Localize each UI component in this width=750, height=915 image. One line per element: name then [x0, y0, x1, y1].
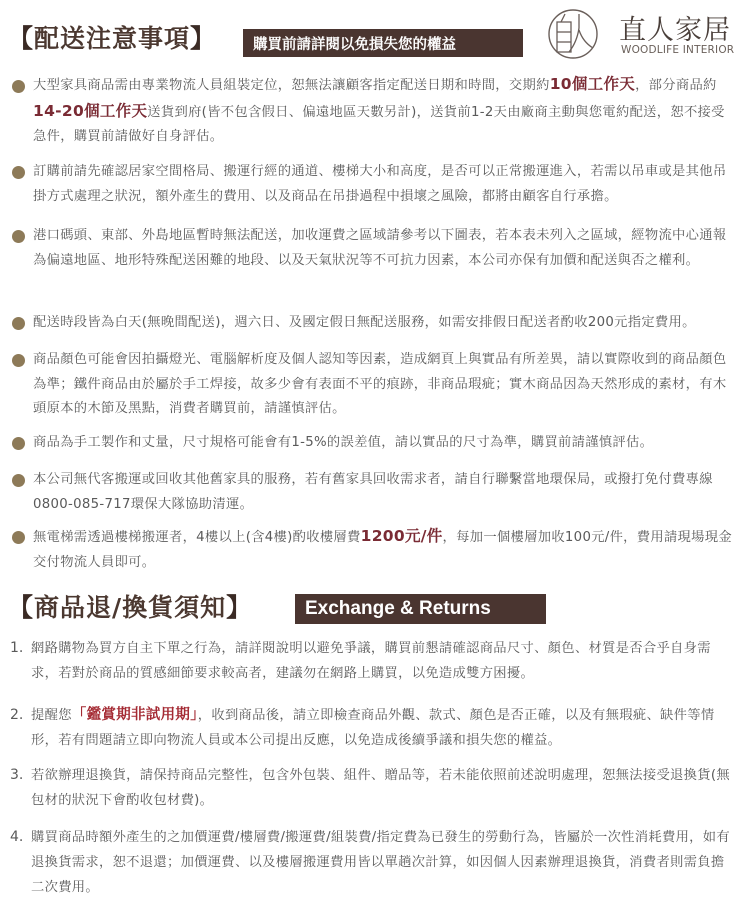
- text-segment: 大型家具商品需由專業物流人員組裝定位，恕無法讓顧客指定配送日期和時間，交期約: [33, 78, 550, 93]
- delivery-item-text: 訂購前請先確認居家空間格局、搬運行經的通道、樓梯大小和高度，是否可以正常搬運進入…: [33, 160, 738, 209]
- returns-section-title: 【商品退/換貨須知】: [8, 593, 252, 623]
- highlight-appreciation-period: 「鑑賞期非試用期」: [72, 707, 198, 723]
- bullet-dot-icon: [12, 80, 25, 93]
- logo-mark-icon: [547, 8, 599, 60]
- delivery-banner-text: 購買前請詳閱以免損失您的權益: [253, 33, 456, 54]
- delivery-item-text: 配送時段皆為白天(無晚間配送)，週六日、及國定假日無配送服務，如需安排假日配送者…: [33, 311, 738, 336]
- bullet-dot-icon: [12, 317, 25, 330]
- item-number: 2.: [10, 703, 23, 728]
- logo-name-en: WOODLIFE INTERIOR: [621, 44, 734, 56]
- bullet-dot-icon: [12, 166, 25, 179]
- returns-title-text: 商品退/換貨須知: [34, 593, 226, 622]
- returns-item-text: 若欲辦理退換貨，請保持商品完整性，包含外包裝、組件、贈品等，若未能依照前述說明處…: [31, 763, 738, 813]
- bracket-open: 【: [8, 593, 34, 622]
- bullet-dot-icon: [12, 354, 25, 367]
- text-segment: ，部分商品約: [635, 78, 717, 93]
- item-number: 3.: [10, 763, 23, 788]
- returns-item-text: 網路購物為買方自主下單之行為，請詳閱說明以避免爭議，購買前懇請確認商品尺寸、顏色…: [31, 636, 738, 686]
- brand-logo: 直人家居 WOODLIFE INTERIOR: [547, 6, 747, 62]
- highlight-floor-fee: 1200元/件: [361, 527, 443, 545]
- text-segment: 無電梯需透過樓梯搬運者，4樓以上(含4樓)酌收樓層費: [33, 530, 361, 545]
- returns-item-text: 提醒您「鑑賞期非試用期」，收到商品後，請立即檢查商品外觀、款式、顏色是否正確，以…: [31, 703, 738, 753]
- delivery-item-text: 無電梯需透過樓梯搬運者，4樓以上(含4樓)酌收樓層費1200元/件，每加一個樓層…: [33, 524, 738, 575]
- logo-name-cn: 直人家居: [619, 8, 731, 47]
- highlight-lead-time: 10個工作天: [550, 75, 635, 93]
- highlight-lead-time-long: 14-20個工作天: [33, 102, 147, 120]
- item-number: 4.: [10, 825, 23, 850]
- returns-banner: Exchange & Returns: [295, 594, 546, 624]
- item-number: 1.: [10, 636, 23, 661]
- delivery-section-title: 【配送注意事項】: [8, 24, 216, 54]
- delivery-banner: 購買前請詳閱以免損失您的權益: [243, 29, 523, 57]
- bullet-dot-icon: [12, 474, 25, 487]
- bullet-dot-icon: [12, 437, 25, 450]
- text-segment: 提醒您: [31, 708, 72, 723]
- delivery-item-text: 商品顏色可能會因拍攝燈光、電腦解析度及個人認知等因素，造成網頁上與實品有所差異，…: [33, 348, 738, 422]
- bullet-dot-icon: [12, 531, 25, 544]
- bracket-close: 】: [226, 593, 252, 622]
- bracket-close: 】: [190, 24, 216, 53]
- delivery-header: 【配送注意事項】 購買前請詳閱以免損失您的權益 直人家居 WOODLIFE IN…: [0, 0, 750, 70]
- delivery-item-text: 商品為手工製作和丈量，尺寸規格可能會有1-5%的誤差值，請以實品的尺寸為準，購買…: [33, 431, 738, 456]
- returns-banner-text: Exchange & Returns: [305, 598, 491, 620]
- delivery-item-text: 港口碼頭、東部、外島地區暫時無法配送，加收運費之區域請參考以下圖表，若本表未列入…: [33, 224, 738, 273]
- returns-item-text: 購買商品時額外產生的之加價運費/樓層費/搬運費/組裝費/指定費為已發生的勞動行為…: [31, 825, 738, 900]
- delivery-item-text: 大型家具商品需由專業物流人員組裝定位，恕無法讓顧客指定配送日期和時間，交期約10…: [33, 72, 738, 150]
- bullet-dot-icon: [12, 230, 25, 243]
- delivery-item-text: 本公司無代客搬運或回收其他舊家具的服務，若有舊家具回收需求者，請自行聯繫當地環保…: [33, 468, 738, 517]
- delivery-title-text: 配送注意事項: [34, 24, 190, 53]
- bracket-open: 【: [8, 24, 34, 53]
